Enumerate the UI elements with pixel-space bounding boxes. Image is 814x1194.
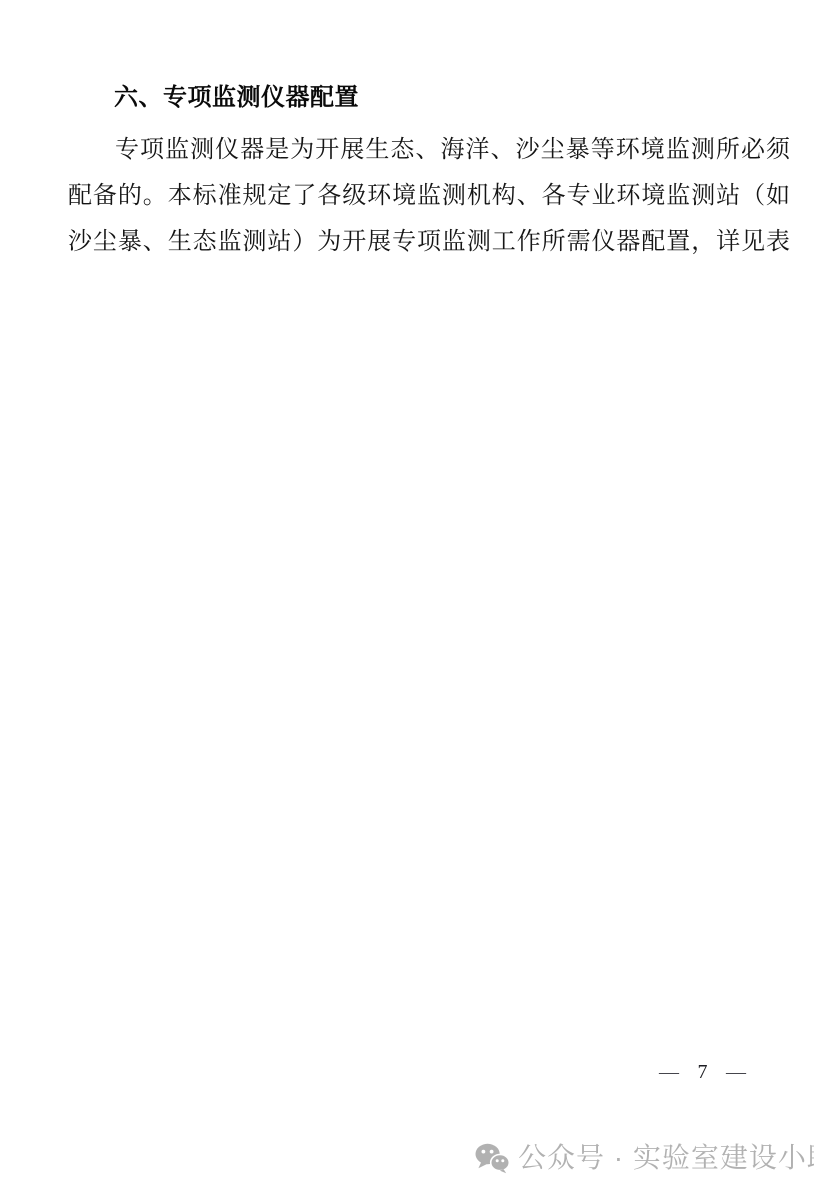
page-number-left-dash: — [659, 1062, 679, 1082]
footer-watermark: 公众号 · 实验室建设小助手 [475, 1139, 814, 1177]
page-number: — 7 — [659, 1059, 746, 1085]
page-number-right-dash: — [726, 1062, 746, 1082]
watermark-text: 公众号 · 实验室建设小助手 [518, 1139, 814, 1177]
page-number-value: 7 [698, 1062, 708, 1082]
document-page: 六、专项监测仪器配置 专项监测仪器是为开展生态、海洋、沙尘暴等环境监测所必须 配… [0, 0, 814, 1194]
paragraph-line-3: 沙尘暴、生态监测站）为开展专项监测工作所需仪器配置，详见表 6。 [68, 219, 790, 265]
paragraph-line-1: 专项监测仪器是为开展生态、海洋、沙尘暴等环境监测所必须 [68, 127, 790, 173]
wechat-icon [475, 1143, 509, 1174]
paragraph-line-2: 配备的。本标准规定了各级环境监测机构、各专业环境监测站（如 [68, 173, 790, 219]
body-paragraph: 专项监测仪器是为开展生态、海洋、沙尘暴等环境监测所必须 配备的。本标准规定了各级… [68, 127, 790, 265]
section-heading: 六、专项监测仪器配置 [114, 84, 359, 112]
